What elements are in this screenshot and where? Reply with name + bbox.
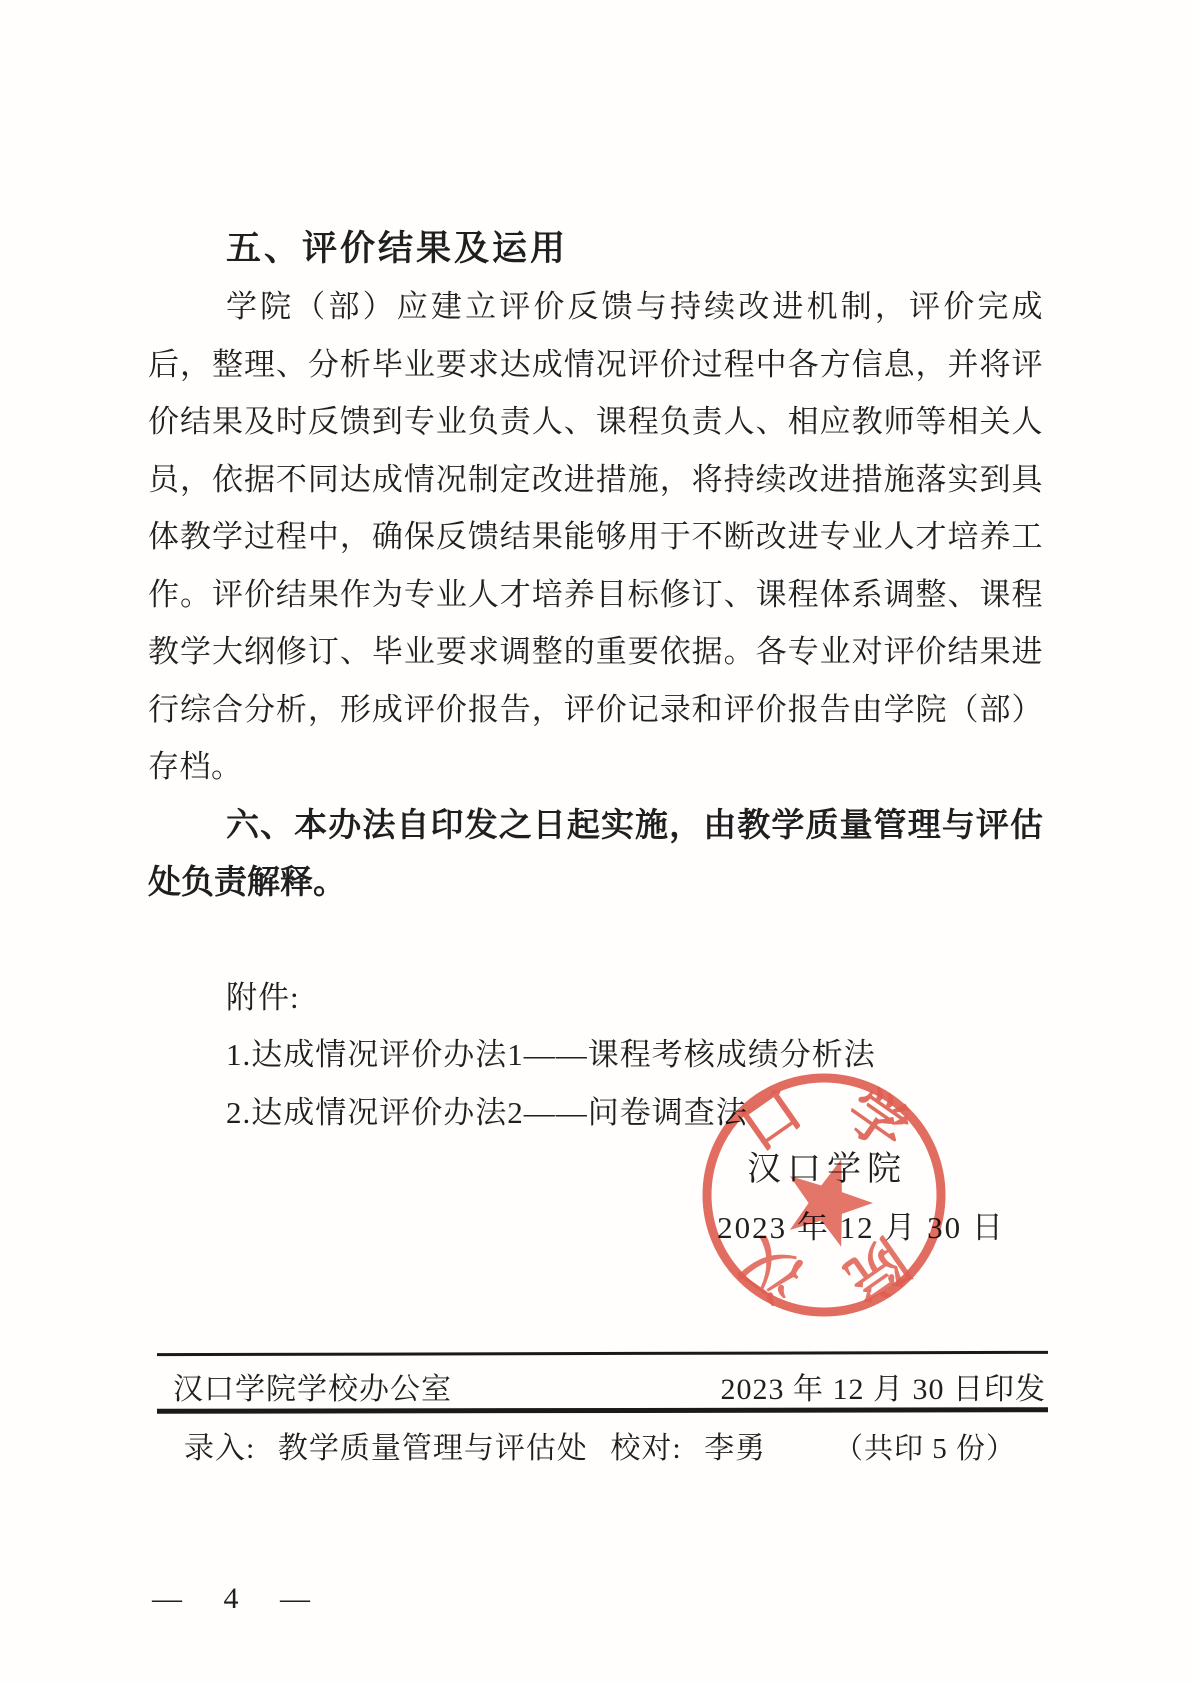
section-6-paragraph: 六、本办法自印发之日起实施，由教学质量管理与评估处负责解释。 <box>148 796 1043 911</box>
footer-copies: （共印 5 份） <box>834 1430 1016 1468</box>
signature-block: 汉口学院 2023 年 12 月 30 日 <box>661 1141 1061 1257</box>
attachment-item-1: 1.达成情况评价办法1——课程考核成绩分析法 <box>148 1026 1043 1084</box>
section-5-heading: 五、评价结果及运用 <box>148 220 1043 278</box>
entry-value: 教学质量管理与评估处 <box>278 1432 588 1465</box>
attachment-item-2: 2.达成情况评价办法2——问卷调查法 <box>148 1084 1043 1142</box>
entry-label: 录入: <box>184 1432 255 1465</box>
signature-org: 汉口学院 <box>627 1141 1027 1199</box>
attachments-block: 附件: 1.达成情况评价办法1——课程考核成绩分析法 2.达成情况评价办法2——… <box>148 969 1043 1142</box>
signature-date: 2023 年 12 月 30 日 <box>661 1199 1061 1257</box>
document-page: 五、评价结果及运用 学院（部）应建立评价反馈与持续改进机制，评价完成后，整理、分… <box>0 0 1191 1684</box>
proofread-label: 校对: <box>610 1432 681 1465</box>
attachments-label: 附件: <box>148 969 1043 1027</box>
footer-rule-top <box>157 1351 1048 1356</box>
document-body: 五、评价结果及运用 学院（部）应建立评价反馈与持续改进机制，评价完成后，整理、分… <box>148 220 1043 1141</box>
page-number: — 4 — <box>152 1582 320 1616</box>
footer-row-credits: 录入: 教学质量管理与评估处 校对: 李勇 （共印 5 份） <box>148 1430 1052 1468</box>
footer-issue-date: 2023 年 12 月 30 日印发 <box>721 1371 1047 1409</box>
footer-rule-bottom <box>157 1407 1048 1414</box>
footer-issuer: 汉口学院学校办公室 <box>173 1371 452 1409</box>
footer-credits: 录入: 教学质量管理与评估处 校对: 李勇 <box>184 1430 766 1468</box>
proofread-value: 李勇 <box>704 1432 766 1465</box>
footer-row-issuer: 汉口学院学校办公室 2023 年 12 月 30 日印发 <box>148 1371 1052 1409</box>
section-5-paragraph: 学院（部）应建立评价反馈与持续改进机制，评价完成后，整理、分析毕业要求达成情况评… <box>148 278 1043 796</box>
